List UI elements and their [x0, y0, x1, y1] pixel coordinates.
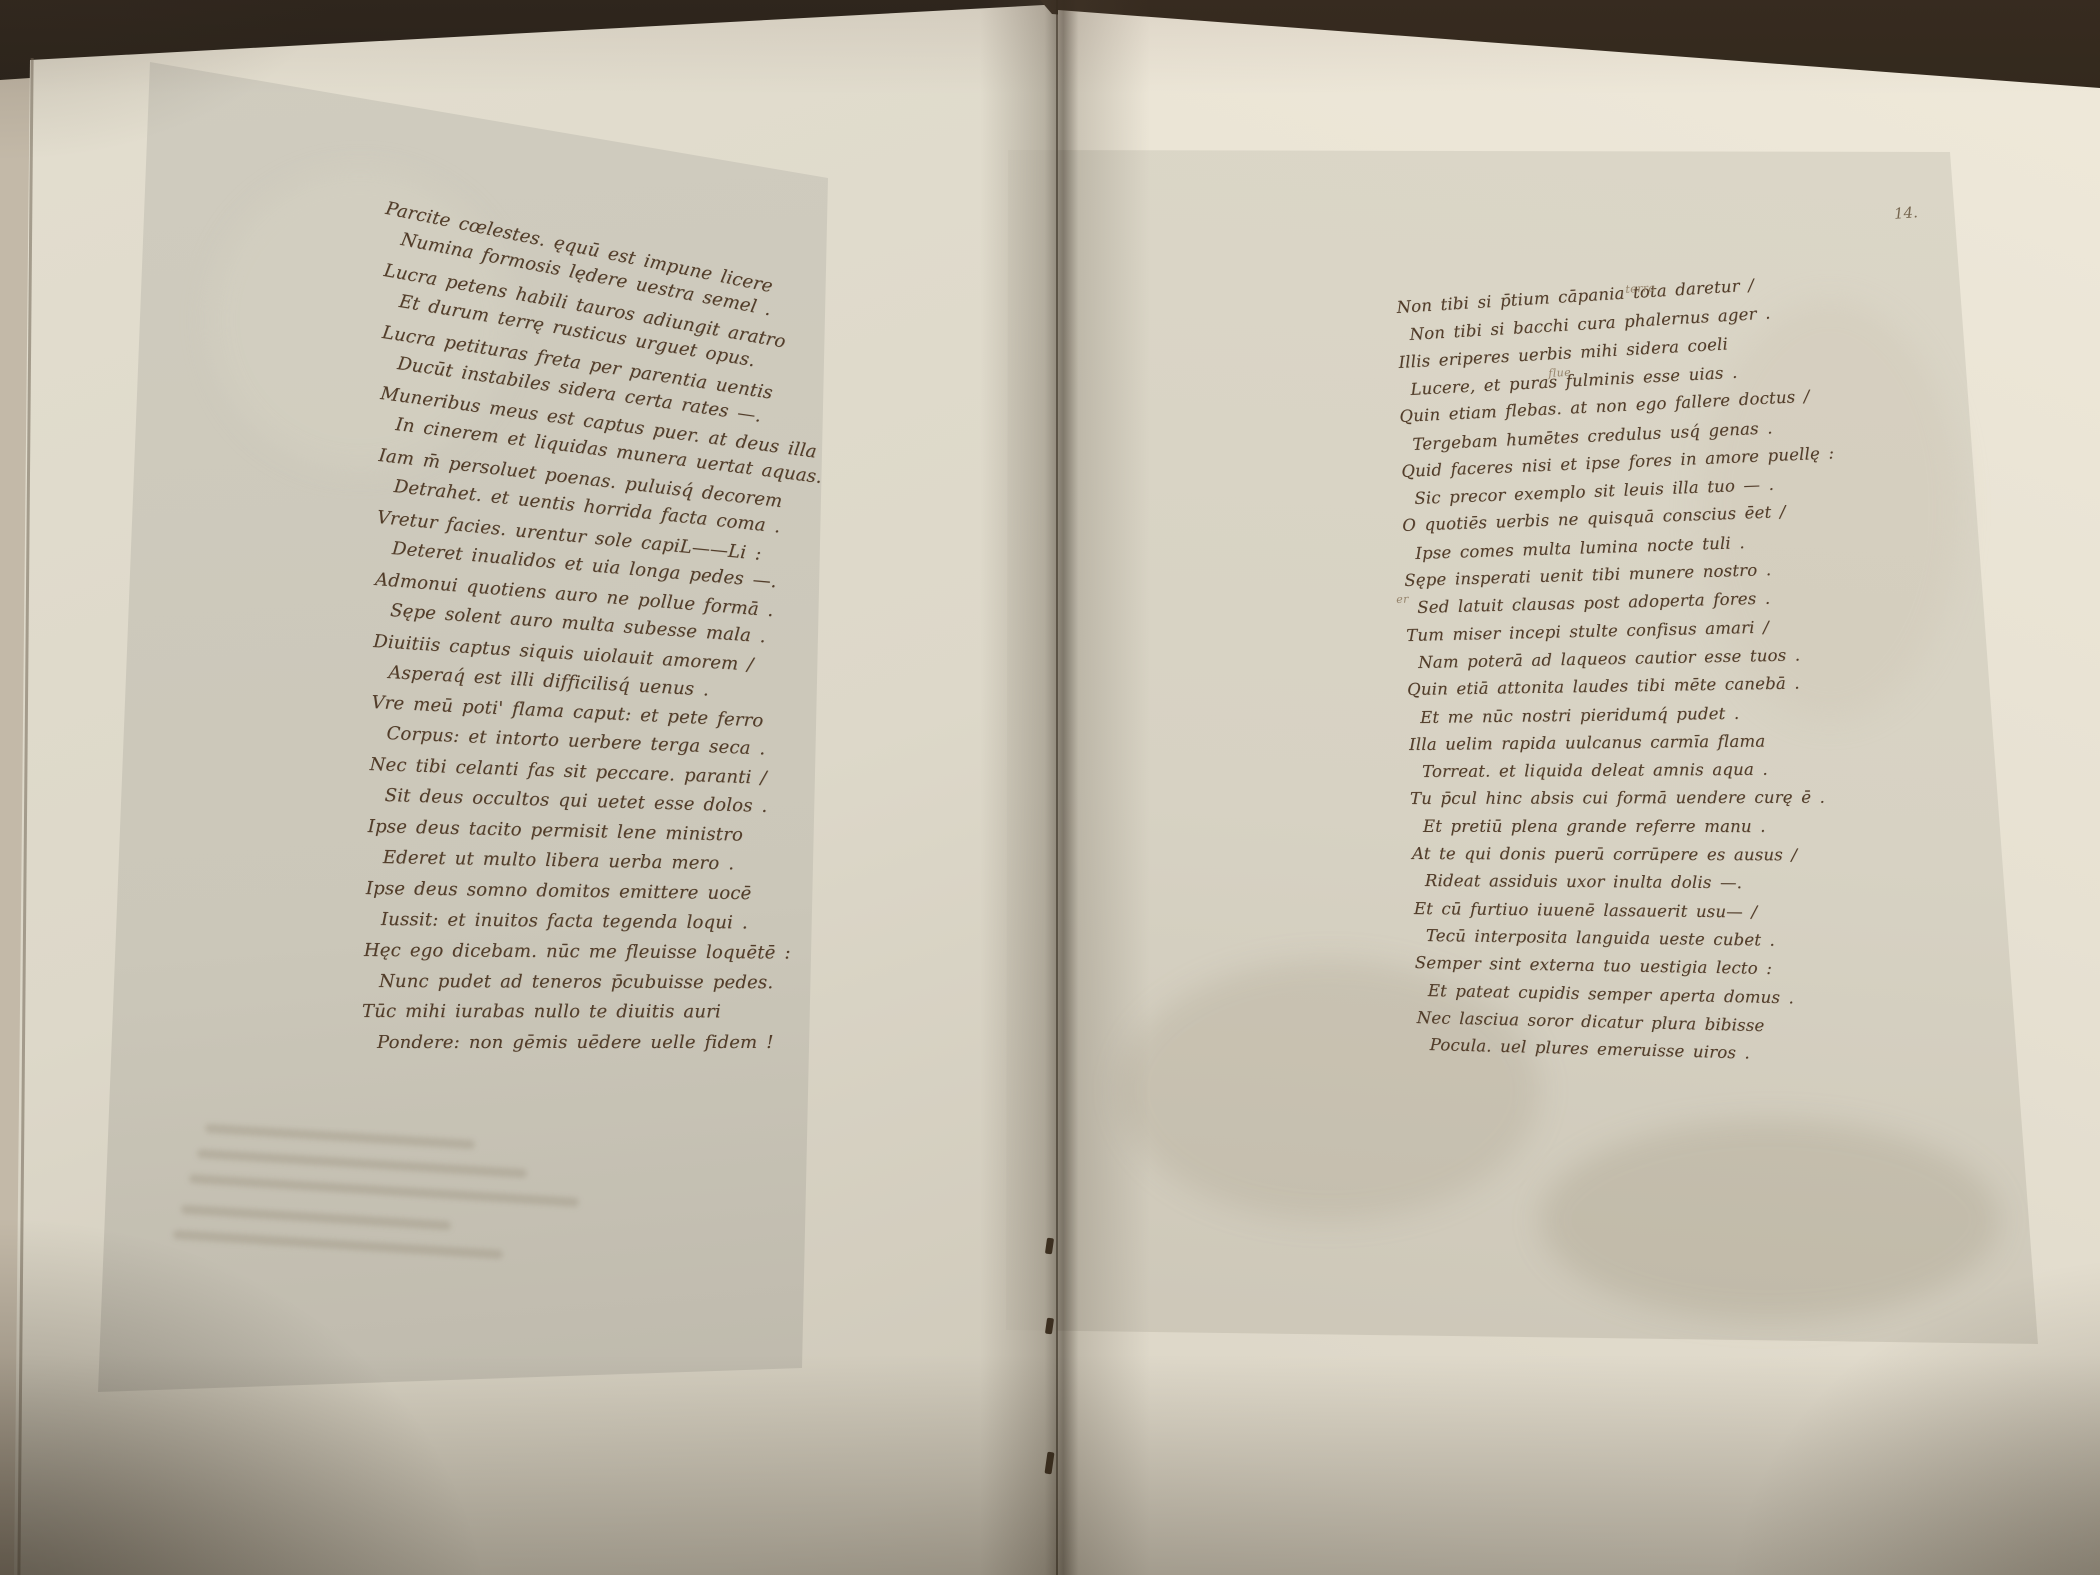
verse-line: Et pretiū plena grande referre manu . — [1423, 817, 1766, 836]
verse-line: Nec lasciua soror dicatur plura bibisse — [1416, 1008, 1764, 1035]
interlinear-gloss: flue — [1548, 366, 1571, 380]
verse-line: Semper sint externa tuo uestigia lecto : — [1415, 953, 1773, 978]
verse-line: Sępe insperati uenit tibi munere nostro … — [1404, 560, 1772, 590]
verse-line: Torreat. et liquida deleat amnis aqua . — [1422, 760, 1768, 781]
book-fold-line — [1056, 0, 1058, 1575]
verse-line: O quotiēs uerbis ne quisquā conscius ēet… — [1402, 502, 1786, 535]
interlinear-gloss: er — [1396, 593, 1409, 606]
verse-line: Quin etiā attonita laudes tibi mēte cane… — [1407, 674, 1800, 699]
verse-line: Tecū interposita languida ueste cubet . — [1426, 926, 1775, 950]
verse-line: Et cū furtiuo iuuenē lassauerit usu— / — [1413, 899, 1756, 921]
verse-line: Nam poterā ad laqueos cautior esse tuos … — [1418, 645, 1800, 672]
verse-line: Illa uelim rapida uulcanus carmīa flama — [1409, 731, 1765, 753]
verse-line: At te qui donis puerū corrūpere es ausus… — [1412, 844, 1797, 864]
verse-line: Sed latuit clausas post adoperta fores . — [1417, 589, 1771, 617]
verse-line: Tu p̄cul hinc absis cui formā uendere cu… — [1410, 788, 1825, 808]
verse-line: Et me nūc nostri pieridumq́ pudet . — [1420, 703, 1739, 726]
folio-number: 14. — [1893, 203, 1918, 223]
verse-line: Ipse comes multa lumina nocte tuli . — [1415, 533, 1745, 563]
interlinear-gloss: terra — [1625, 281, 1656, 296]
book-gutter-shadow — [980, 0, 1150, 1575]
verse-line: Rideat assiduis uxor inulta dolis —. — [1425, 871, 1742, 892]
verse-line: Sic precor exemplo sit leuis illa tuo — … — [1414, 475, 1774, 508]
verse-line: Tum miser incepi stulte confisus amari / — [1406, 617, 1769, 644]
verse-line: Et pateat cupidis semper aperta domus . — [1428, 981, 1795, 1007]
verse-line: Pocula. uel plures emeruisse uiros . — [1429, 1035, 1750, 1063]
open-book-photo: Parcite cœlestes. ęquū est impune licere… — [0, 0, 2100, 1575]
